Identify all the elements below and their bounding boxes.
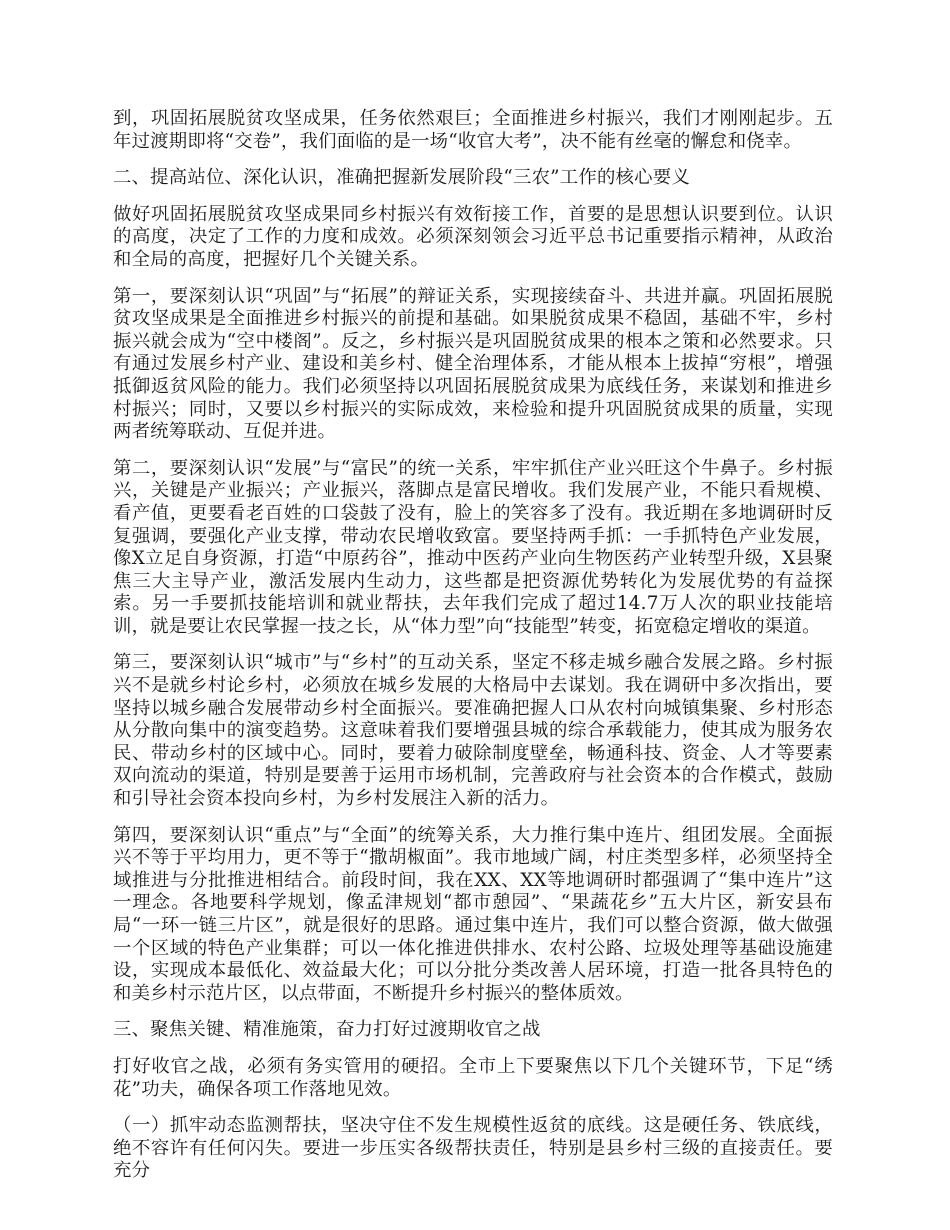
paragraph-point-1: 第一，要深刻认识“巩固”与“拓展”的辩证关系，实现接续奋斗、共进并赢。巩固拓展脱…: [113, 286, 833, 444]
paragraph-intro-continuation: 到，巩固拓展脱贫攻坚成果，任务依然艰巨；全面推进乡村振兴，我们才刚刚起步。五年过…: [113, 108, 833, 153]
document-page: 到，巩固拓展脱贫攻坚成果，任务依然艰巨；全面推进乡村振兴，我们才刚刚起步。五年过…: [113, 108, 833, 1197]
paragraph-point-4: 第四，要深刻认识“重点”与“全面”的统筹关系，大力推行集中连片、组团发展。全面振…: [113, 825, 833, 1006]
paragraph-subpoint-1: （一）抓牢动态监测帮扶，坚决守住不发生规模性返贫的底线。这是硬任务、铁底线，绝不…: [113, 1115, 833, 1183]
paragraph-section-2-intro: 做好巩固拓展脱贫攻坚成果同乡村振兴有效衔接工作，首要的是思想认识要到位。认识的高…: [113, 204, 833, 272]
paragraph-point-2: 第二，要深刻认识“发展”与“富民”的统一关系，牢牢抓住产业兴旺这个牛鼻子。乡村振…: [113, 458, 833, 639]
section-heading-3: 三、聚焦关键、精准施策，奋力打好过渡期收官之战: [113, 1019, 833, 1042]
paragraph-point-3: 第三，要深刻认识“城市”与“乡村”的互动关系，坚定不移走城乡融合发展之路。乡村振…: [113, 652, 833, 810]
section-heading-2: 二、提高站位、深化认识，准确把握新发展阶段“三农”工作的核心要义: [113, 167, 833, 190]
paragraph-section-3-intro: 打好收官之战，必须有务实管用的硬招。全市上下要聚焦以下几个关键环节，下足“绣花”…: [113, 1056, 833, 1101]
